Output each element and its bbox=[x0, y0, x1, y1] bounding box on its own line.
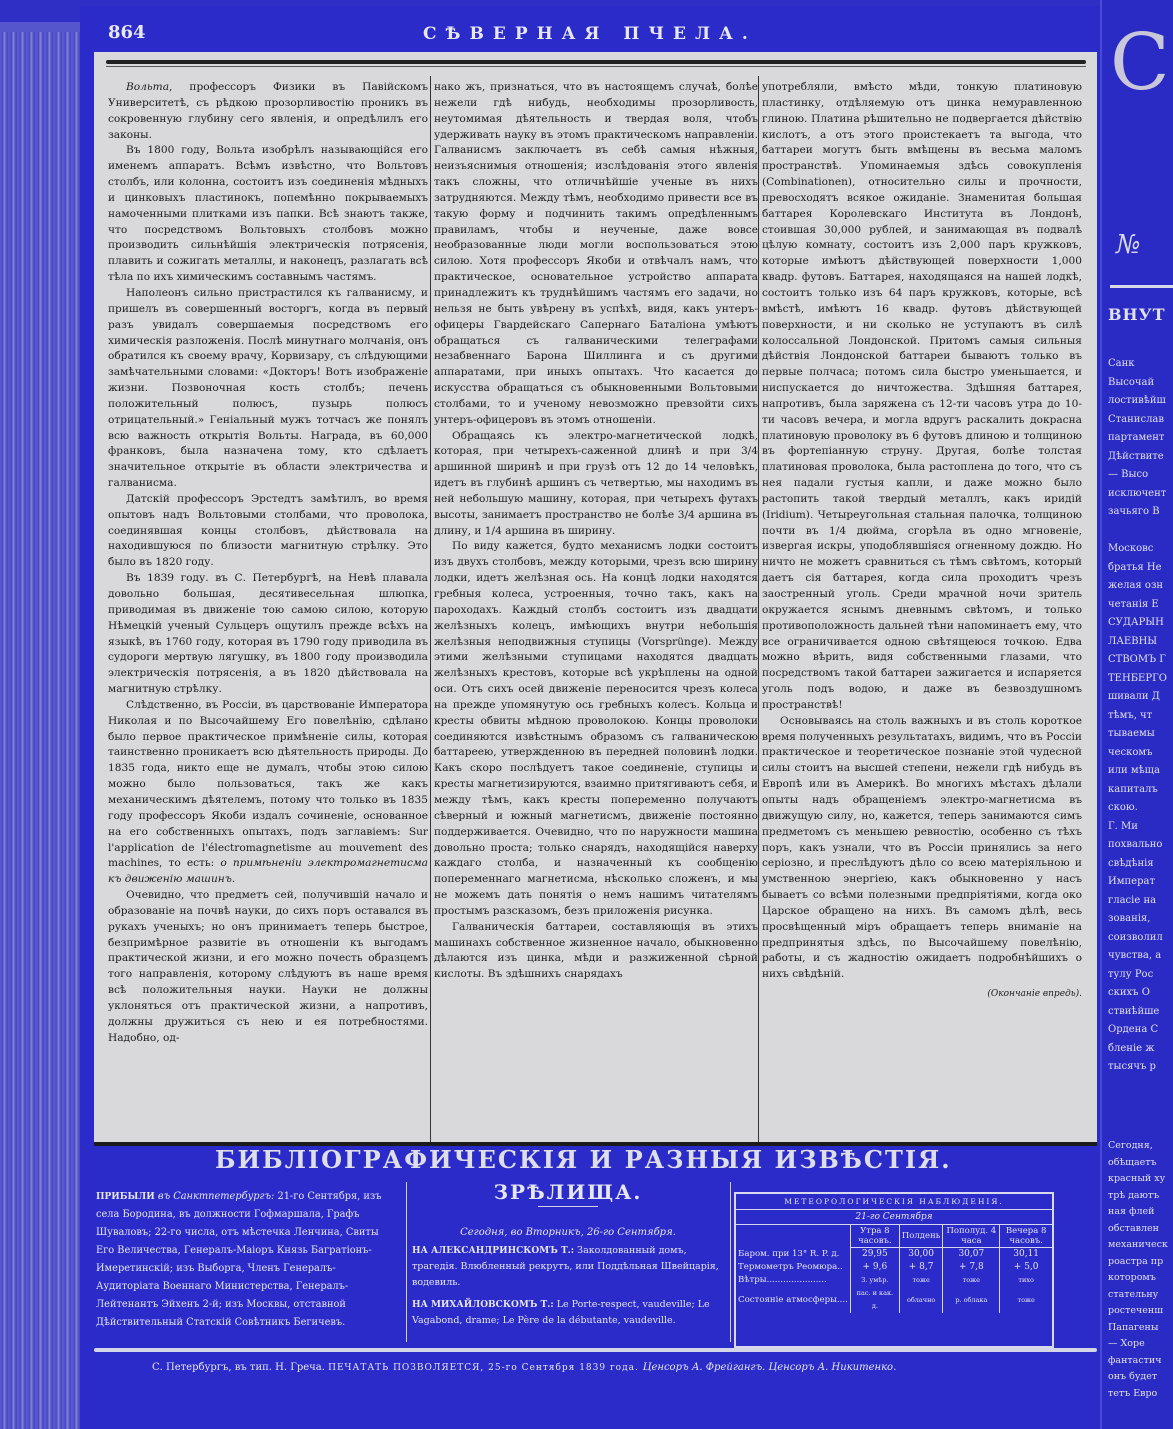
book-page-edges bbox=[0, 28, 85, 1429]
adjacent-text-line: Ордена С bbox=[1108, 1021, 1173, 1040]
adjacent-text-line: Высочай bbox=[1108, 374, 1173, 393]
adjacent-page-rule bbox=[1110, 285, 1173, 288]
meteo-row-label: Баром. при 13° R. P. д. bbox=[736, 1248, 850, 1262]
adjacent-text-line: тетъ Евро bbox=[1108, 1386, 1173, 1403]
column-divider bbox=[406, 1182, 407, 1342]
meteo-cell: тихо bbox=[1000, 1274, 1052, 1287]
theatre-entry: НА АЛЕКСАНДРИНСКОМЪ Т.: Заколдованный до… bbox=[412, 1243, 724, 1291]
adjacent-text-line: зованія, bbox=[1108, 910, 1173, 929]
adjacent-text-line: братья Не bbox=[1108, 559, 1173, 578]
adjacent-text-line: лостивѣйш bbox=[1108, 392, 1173, 411]
adjacent-text-line: Дѣйствите bbox=[1108, 448, 1173, 467]
adjacent-text-line bbox=[1108, 522, 1173, 541]
theatre-title: ЗРѢЛИЩА. bbox=[412, 1184, 724, 1200]
theatre-listing: ЗРѢЛИЩА. Сегодня, во Вторникъ, 26-го Сен… bbox=[412, 1180, 724, 1335]
theatre-date: Сегодня, во Вторникъ, 26-го Сентября. bbox=[412, 1225, 724, 1241]
meteo-column-header: Вечера 8 часовъ. bbox=[1000, 1225, 1052, 1248]
article-paragraph: Основываясь на столь важныхъ и въ столь … bbox=[762, 714, 1082, 983]
theatre-venue: НА МИХАЙЛОВСКОМЪ Т.: bbox=[412, 1300, 554, 1310]
page-header: 864 СѢВЕРНАЯ ПЧЕЛА. bbox=[108, 22, 1068, 50]
article-column-3: употребляли, вмѣсто мѣди, тонкую платино… bbox=[762, 80, 1082, 1003]
adjacent-text-line: трѣ даютъ bbox=[1108, 1188, 1173, 1205]
meteo-cell: р. облака bbox=[943, 1287, 1000, 1313]
adjacent-text-line: Санк bbox=[1108, 355, 1173, 374]
theatre-title-rule bbox=[538, 1206, 598, 1207]
adjacent-page-text: СанкВысочайлостивѣйшСтаниславпартаментДѣ… bbox=[1108, 355, 1173, 1077]
adjacent-text-line: Г. Ми bbox=[1108, 818, 1173, 837]
adjacent-text-line: Станислав bbox=[1108, 411, 1173, 430]
meteo-cell: + 5,0 bbox=[1000, 1261, 1052, 1274]
paragraph-text: употребляли, вмѣсто мѣди, тонкую платино… bbox=[762, 81, 1082, 711]
meteo-cell: пас. и как. д. bbox=[850, 1287, 899, 1313]
adjacent-text-line: фантастич bbox=[1108, 1353, 1173, 1370]
article-paragraph: употребляли, вмѣсто мѣди, тонкую платино… bbox=[762, 80, 1082, 714]
adjacent-text-line: Московс bbox=[1108, 540, 1173, 559]
theatre-entry: НА МИХАЙЛОВСКОМЪ Т.: Le Porte-respect, v… bbox=[412, 1297, 724, 1329]
theatre-entries: НА АЛЕКСАНДРИНСКОМЪ Т.: Заколдованный до… bbox=[412, 1243, 724, 1329]
paragraph-text: Обращаясь къ электро-магнетической лодкѣ… bbox=[434, 430, 758, 537]
article-paragraph: Галваническія баттареи, составляющія въ … bbox=[434, 920, 758, 983]
adjacent-text-line: тываемы bbox=[1108, 725, 1173, 744]
adjacent-text-line: исключент bbox=[1108, 485, 1173, 504]
meteo-grid: Утра 8 часовъ.ПолденьПополуд. 4 часаВече… bbox=[736, 1225, 1052, 1313]
masthead-initial: С bbox=[1110, 18, 1170, 108]
column-divider bbox=[430, 76, 431, 1146]
meteo-cell: 30,11 bbox=[1000, 1248, 1052, 1262]
meteo-row-label: Вѣтры...................... bbox=[736, 1274, 850, 1287]
meteo-cell: тоже bbox=[899, 1274, 943, 1287]
adjacent-text-line: механическ bbox=[1108, 1237, 1173, 1254]
adjacent-text-line: ная флей bbox=[1108, 1204, 1173, 1221]
adjacent-text-line: Папагены bbox=[1108, 1320, 1173, 1337]
theatre-venue: НА АЛЕКСАНДРИНСКОМЪ Т.: bbox=[412, 1246, 574, 1256]
paragraph-text: Основываясь на столь важныхъ и въ столь … bbox=[762, 715, 1082, 981]
arrivals-label: ПРИБЫЛИ bbox=[96, 1192, 155, 1202]
adjacent-text-line: ТЕНБЕРГО bbox=[1108, 670, 1173, 689]
paragraph-text: нако жъ, признаться, что въ настоящемъ с… bbox=[434, 81, 758, 426]
adjacent-text-line: ростеченш bbox=[1108, 1303, 1173, 1320]
adjacent-text-line: тулу Рос bbox=[1108, 966, 1173, 985]
meteo-row: Термометръ Реомюра..+ 9,6+ 8,7+ 7,8+ 5,0 bbox=[736, 1261, 1052, 1274]
meteo-date: 21-го Сентября bbox=[736, 1210, 1052, 1225]
paragraph-text: Слѣдственно, въ Россіи, въ царствованіе … bbox=[108, 699, 428, 869]
adjacent-text-line: капиталъ bbox=[1108, 781, 1173, 800]
paragraph-text: Въ 1839 году. въ С. Петербургѣ, на Невѣ … bbox=[108, 572, 428, 695]
footer-rule bbox=[94, 1348, 1097, 1352]
arrivals-notice: ПРИБЫЛИ въ Санктпетербургъ: 21-го Сентяб… bbox=[96, 1188, 396, 1332]
meteorological-table: МЕТЕОРОЛОГИЧЕСКІЯ НАБЛЮДЕНІЯ. 21-го Сент… bbox=[734, 1192, 1054, 1348]
adjacent-text-line: ческомъ bbox=[1108, 744, 1173, 763]
article-region: Вольта, профессоръ Физики въ Павійскомъ … bbox=[94, 52, 1097, 1146]
article-column-1: Вольта, профессоръ Физики въ Павійскомъ … bbox=[108, 80, 428, 1046]
adjacent-text-line: шивали Д bbox=[1108, 688, 1173, 707]
meteo-cell: тоже bbox=[1000, 1287, 1052, 1313]
adjacent-text-line: свѣдѣнія bbox=[1108, 855, 1173, 874]
adjacent-text-line: обставлен bbox=[1108, 1221, 1173, 1238]
meteo-title: МЕТЕОРОЛОГИЧЕСКІЯ НАБЛЮДЕНІЯ. bbox=[736, 1194, 1052, 1210]
adjacent-page: С № ВНУТ СанкВысочайлостивѣйшСтаниславпа… bbox=[1100, 0, 1173, 1429]
adjacent-text-line: красный ху bbox=[1108, 1171, 1173, 1188]
bibliography-section: ПРИБЫЛИ въ Санктпетербургъ: 21-го Сентяб… bbox=[94, 1178, 1097, 1378]
page-edge-top bbox=[0, 22, 85, 32]
adjacent-text-line: желая озн bbox=[1108, 577, 1173, 596]
paragraph-text: Въ 1800 году, Вольта изобрѣлъ называющій… bbox=[108, 144, 428, 283]
meteo-row: Состояніе атмосферы....пас. и как. д.обл… bbox=[736, 1287, 1052, 1313]
article-column-2: нако жъ, признаться, что въ настоящемъ с… bbox=[434, 80, 758, 983]
meteo-cell: З. умѣр. bbox=[850, 1274, 899, 1287]
section-title: БИБЛІОГРАФИЧЕСКІЯ И РАЗНЫЯ ИЗВѢСТІЯ. bbox=[215, 1145, 952, 1174]
adjacent-text-line: четанія Е bbox=[1108, 596, 1173, 615]
paragraph-text: Датскій профессоръ Эрстедтъ замѣтилъ, во… bbox=[108, 493, 428, 568]
adjacent-text-line: СУДАРЫН bbox=[1108, 614, 1173, 633]
adjacent-text-line: тѣмъ, чт bbox=[1108, 707, 1173, 726]
adjacent-page-text-lower: Сегодня,обѣщаетъкрасный хутрѣ даютъная ф… bbox=[1108, 1138, 1173, 1402]
adjacent-text-line: которомъ bbox=[1108, 1270, 1173, 1287]
article-paragraph: По виду кажется, будто механисмъ лодки с… bbox=[434, 539, 758, 919]
column-divider bbox=[730, 1182, 731, 1342]
adjacent-section-heading: ВНУТ bbox=[1108, 305, 1166, 324]
header-rule bbox=[106, 60, 1086, 64]
article-paragraph: Въ 1800 году, Вольта изобрѣлъ называющій… bbox=[108, 143, 428, 286]
article-paragraph: Вольта, профессоръ Физики въ Павійскомъ … bbox=[108, 80, 428, 143]
adjacent-text-line: роастра пр bbox=[1108, 1254, 1173, 1271]
adjacent-text-line: бленіе ж bbox=[1108, 1040, 1173, 1059]
paragraph-text: Галваническія баттареи, составляющія въ … bbox=[434, 921, 758, 981]
meteo-cell: 29,95 bbox=[850, 1248, 899, 1262]
column-divider bbox=[758, 76, 759, 1146]
adjacent-text-line: ЛАЕВНЫ bbox=[1108, 633, 1173, 652]
adjacent-text-line: — Хоре bbox=[1108, 1336, 1173, 1353]
adjacent-text-line: или мѣща bbox=[1108, 762, 1173, 781]
meteo-column-header: Пополуд. 4 часа bbox=[943, 1225, 1000, 1248]
meteo-cell: + 9,6 bbox=[850, 1261, 899, 1274]
meteo-cell: + 8,7 bbox=[899, 1261, 943, 1274]
imprint-line: С. Петербургъ, въ тип. Н. Греча. ПЕЧАТАТ… bbox=[152, 1362, 896, 1373]
meteo-row-label: Состояніе атмосферы.... bbox=[736, 1287, 850, 1313]
adjacent-text-line: скихъ О bbox=[1108, 984, 1173, 1003]
adjacent-text-line: зачьяго В bbox=[1108, 503, 1173, 522]
adjacent-text-line: — Высо bbox=[1108, 466, 1173, 485]
meteo-cell: тоже bbox=[943, 1274, 1000, 1287]
paragraph-text: Очевидно, что предметъ сей, получившій н… bbox=[108, 889, 428, 1044]
meteo-column-header: Полдень bbox=[899, 1225, 943, 1248]
adjacent-text-line: скою. bbox=[1108, 799, 1173, 818]
arrivals-place: въ Санктпетербургъ: bbox=[158, 1191, 274, 1202]
adjacent-text-line: чувства, а bbox=[1108, 947, 1173, 966]
meteo-row: Баром. при 13° R. P. д.29,9530,0030,0730… bbox=[736, 1248, 1052, 1262]
article-paragraph: Очевидно, что предметъ сей, получившій н… bbox=[108, 888, 428, 1046]
article-paragraph: Въ 1839 году. въ С. Петербургѣ, на Невѣ … bbox=[108, 571, 428, 698]
paragraph-text: По виду кажется, будто механисмъ лодки с… bbox=[434, 540, 758, 916]
meteo-cell: + 7,8 bbox=[943, 1261, 1000, 1274]
adjacent-text-line: партамент bbox=[1108, 429, 1173, 448]
adjacent-text-line: стательну bbox=[1108, 1287, 1173, 1304]
arrivals-text: 21-го Сентября, изъ села Бородина, въ до… bbox=[96, 1191, 382, 1328]
adjacent-text-line: ствиѣйше bbox=[1108, 1003, 1173, 1022]
newspaper-title: СѢВЕРНАЯ ПЧЕЛА. bbox=[423, 24, 757, 44]
continuation-note: (Окончаніе впредь). bbox=[762, 987, 1082, 1003]
imprint-censors: Ценсоръ А. Фрейгангъ. Ценсоръ А. Никитен… bbox=[643, 1362, 897, 1373]
lead-name: Вольта bbox=[126, 81, 169, 93]
adjacent-text-line: гласіе на bbox=[1108, 892, 1173, 911]
article-paragraph: Наполеонъ сильно пристрастился къ галван… bbox=[108, 286, 428, 492]
adjacent-text-line: соизволил bbox=[1108, 929, 1173, 948]
adjacent-text-line: Императ bbox=[1108, 873, 1173, 892]
header-rule-thin bbox=[106, 66, 1086, 67]
meteo-row: Вѣтры......................З. умѣр.тожет… bbox=[736, 1274, 1052, 1287]
paragraph-text: Наполеонъ сильно пристрастился къ галван… bbox=[108, 287, 428, 489]
imprint-permission: ПЕЧАТАТЬ ПОЗВОЛЯЕТСЯ, 25-го Сентября 183… bbox=[328, 1363, 643, 1373]
meteo-cell: 30,07 bbox=[943, 1248, 1000, 1262]
page-number: 864 bbox=[108, 22, 146, 43]
adjacent-text-line: похвально bbox=[1108, 836, 1173, 855]
article-paragraph: нако жъ, признаться, что въ настоящемъ с… bbox=[434, 80, 758, 429]
meteo-row-label: Термометръ Реомюра.. bbox=[736, 1261, 850, 1274]
adjacent-text-line: тысячъ р bbox=[1108, 1058, 1173, 1077]
adjacent-text-line: обѣщаетъ bbox=[1108, 1155, 1173, 1172]
issue-number-sign: № bbox=[1116, 230, 1141, 260]
meteo-column-header: Утра 8 часовъ. bbox=[850, 1225, 899, 1248]
adjacent-text-line: СТВОМЪ Г bbox=[1108, 651, 1173, 670]
article-paragraph: Датскій профессоръ Эрстедтъ замѣтилъ, во… bbox=[108, 492, 428, 571]
article-paragraph: Слѣдственно, въ Россіи, въ царствованіе … bbox=[108, 698, 428, 888]
imprint-printer: С. Петербургъ, въ тип. Н. Греча. bbox=[152, 1362, 325, 1373]
adjacent-text-line: онъ будет bbox=[1108, 1369, 1173, 1386]
article-paragraph: Обращаясь къ электро-магнетической лодкѣ… bbox=[434, 429, 758, 540]
meteo-cell: 30,00 bbox=[899, 1248, 943, 1262]
meteo-cell: облачно bbox=[899, 1287, 943, 1313]
meteo-corner bbox=[736, 1225, 850, 1248]
adjacent-text-line: Сегодня, bbox=[1108, 1138, 1173, 1155]
